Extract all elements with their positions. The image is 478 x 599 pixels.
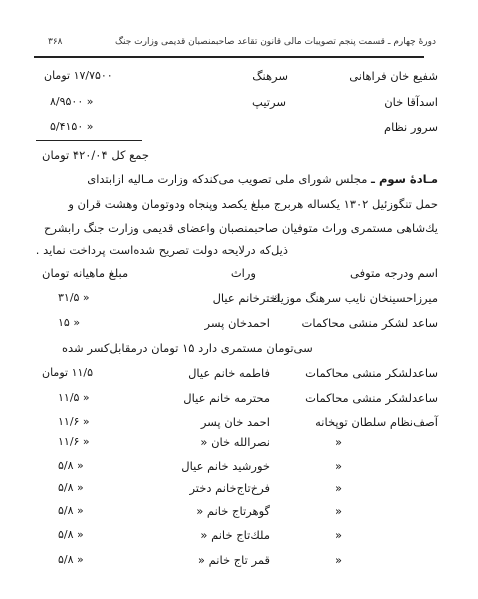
column-header-monthly: مبلغ ماهیانه تومان <box>42 266 128 280</box>
table-row-deceased: ساعد لشکر منشی محاکمات <box>302 316 438 330</box>
table-row-amount: « ۱۵ <box>58 316 80 329</box>
grand-total: جمع کل ۴۲۰/۰۴ تومان <box>42 148 149 162</box>
table-row-heir: ملك‌تاج خانم « <box>200 528 270 542</box>
table-row-amount: « ۵/۸ <box>58 553 84 566</box>
table-row-heir: احمدخان پسر <box>204 316 270 330</box>
article-line-4: ذیل‌که درلایحه دولت تصریح شده‌است پرداخت… <box>36 243 288 257</box>
table-row-heir: اخترخانم عیال <box>213 291 280 305</box>
table-row-deceased: آصف‌نظام سلطان توپخانه <box>315 415 438 429</box>
page-number: ۳۶۸ <box>48 37 63 47</box>
table-row-heir: احمد خان پسر <box>201 415 270 429</box>
header-rule <box>34 56 424 58</box>
table-row-amount: « ۵/۸ <box>58 481 84 494</box>
table-row-amount: « ۵/۸ <box>58 504 84 517</box>
table-row-deceased: میرزاحسینخان نایب سرهنگ موزیك <box>271 291 438 305</box>
table-row-heir: فاطمه خانم عیال <box>188 366 270 380</box>
table-row-deceased: « <box>335 481 342 495</box>
table-row-deceased: « <box>335 435 342 449</box>
table-row-amount: ۱۱/۵ تومان <box>42 366 93 379</box>
table-row-heir: نصرالله خان « <box>200 435 270 449</box>
table-row-amount: ۱۷/۷۵۰۰ تومان <box>44 69 113 82</box>
article-line-1: مـادهٔ سوم ـ مجلس شورای ملی تصویب می‌کند… <box>87 172 438 186</box>
table-row-amount: « ۸/۹۵۰۰ <box>50 95 93 108</box>
table-row-heir: قمر تاج خانم « <box>198 553 270 567</box>
table-row-amount: « ۱۱/۵ <box>58 391 90 404</box>
table-row-name: سرور نظام <box>384 120 438 134</box>
table-row-name: شفیع خان فراهانی <box>349 69 438 83</box>
table-row-heir: خورشید خانم عیال <box>181 459 270 473</box>
table-row-heir: گوهرتاج خانم « <box>196 504 270 518</box>
article-line-2: حمل تنگوزئیل ۱۳۰۲ یکساله هربرج مبلغ یکصد… <box>68 197 438 211</box>
table-row-amount: « ۵/۴۱۵۰ <box>50 120 93 133</box>
table-row-rank: سرتیپ <box>252 95 286 109</box>
total-rule <box>36 140 142 141</box>
table-row-heir: محترمه خانم عیال <box>183 391 270 405</box>
column-header-deceased: اسم ودرجه متوفی <box>350 266 438 280</box>
column-header-heirs: وراث <box>231 266 256 280</box>
table-row-name: اسدآقا خان <box>384 95 438 109</box>
table-row-amount: « ۳۱/۵ <box>58 291 90 304</box>
table-row-rank: سرهنگ <box>252 69 288 83</box>
table-row-deceased: « <box>335 504 342 518</box>
table-row-amount: « ۵/۸ <box>58 528 84 541</box>
table-row-amount: « ۱۱/۶ <box>58 435 90 448</box>
article-line-3: یك‌شاهی مستمری وراث متوفیان صاحبمنصبان و… <box>44 221 438 235</box>
table-row-deceased: « <box>335 459 342 473</box>
table-row-deceased: ساعدلشکر منشی محاکمات <box>305 391 438 405</box>
table-row-amount: « ۱۱/۶ <box>58 415 90 428</box>
table-row-amount: « ۵/۸ <box>58 459 84 472</box>
table-note: سی‌تومان مستمری دارد ۱۵ تومان درمقابل‌کس… <box>62 341 313 355</box>
table-row-deceased: « <box>335 528 342 542</box>
table-row-heir: فرخ‌تاج‌خانم دختر <box>189 481 270 495</box>
header-title-center: قانون تقاعد صاحبمنصبان قدیمی وزارت جنگ <box>115 37 281 47</box>
article-heading: مـادهٔ سوم ـ <box>371 172 438 186</box>
article-text: مجلس شورای ملی تصویب می‌کندکه وزارت مـال… <box>87 172 367 186</box>
table-row-deceased: « <box>335 553 342 567</box>
header-title-left: دورهٔ چهارم ـ قسمت پنجم تصویبات مالی <box>284 37 436 47</box>
table-row-deceased: ساعدلشکر منشی محاکمات <box>305 366 438 380</box>
